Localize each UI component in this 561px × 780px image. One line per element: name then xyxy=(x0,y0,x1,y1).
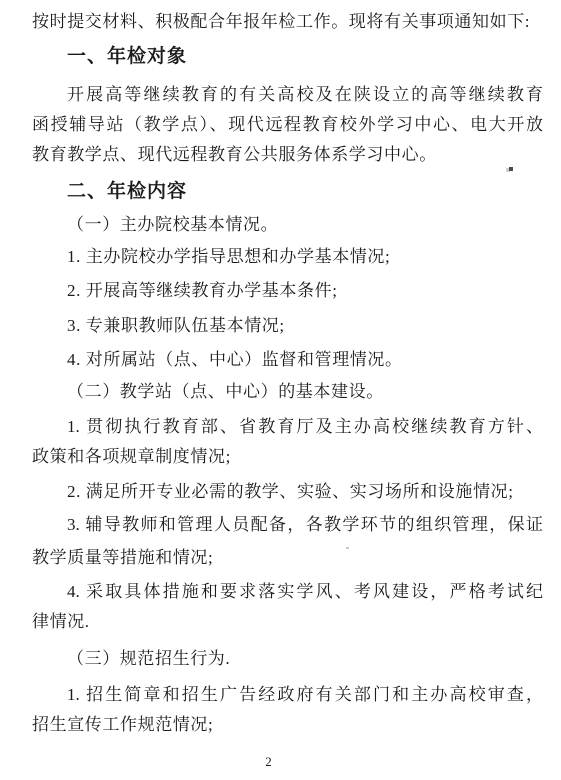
list-item: 2. 满足所开专业必需的教学、实验、实习场所和设施情况; xyxy=(32,479,543,505)
page-number: 2 xyxy=(0,752,537,772)
body-line: 政策和各项规章制度情况; xyxy=(32,444,543,470)
body-line: 律情况. xyxy=(32,609,543,635)
list-item: 4. 采取具体措施和要求落实学风、考风建设，严格考试纪 xyxy=(32,579,543,605)
section-heading-1: 一、年检对象 xyxy=(32,44,543,70)
subsection-heading: （二）教学站（点、中心）的基本建设。 xyxy=(32,379,543,405)
subsection-heading: （一）主办院校基本情况。 xyxy=(32,212,543,238)
scan-speck xyxy=(509,167,513,171)
body-line: 教育教学点、现代远程教育公共服务体系学习中心。 xyxy=(32,142,543,168)
body-line: 招生宣传工作规范情况; xyxy=(32,712,543,738)
list-item: 1. 主办院校办学指导思想和办学基本情况; xyxy=(32,244,543,270)
body-line: 开展高等继续教育的有关高校及在陕设立的高等继续教育 xyxy=(32,82,543,108)
scan-speck xyxy=(346,547,349,549)
list-item: 1. 贯彻执行教育部、省教育厅及主办高校继续教育方针、 xyxy=(32,414,543,440)
list-item: 2. 开展高等继续教育办学基本条件; xyxy=(32,278,543,304)
body-line: 函授辅导站（教学点）、现代远程教育校外学习中心、电大开放 xyxy=(32,112,543,138)
list-item: 4. 对所属站（点、中心）监督和管理情况。 xyxy=(32,347,543,373)
list-item: 3. 专兼职教师队伍基本情况; xyxy=(32,313,543,339)
document-page: 按时提交材料、积极配合年报年检工作。现将有关事项通知如下: 一、年检对象 开展高… xyxy=(0,0,561,780)
subsection-heading: （三）规范招生行为. xyxy=(32,646,543,672)
body-line: 教学质量等措施和情况; xyxy=(32,545,543,571)
list-item: 1. 招生简章和招生广告经政府有关部门和主办高校审查， xyxy=(32,682,543,708)
section-heading-2: 二、年检内容 xyxy=(32,179,543,205)
list-item: 3. 辅导教师和管理人员配备，各教学环节的组织管理，保证 xyxy=(32,512,543,538)
body-line: 按时提交材料、积极配合年报年检工作。现将有关事项通知如下: xyxy=(32,9,543,35)
